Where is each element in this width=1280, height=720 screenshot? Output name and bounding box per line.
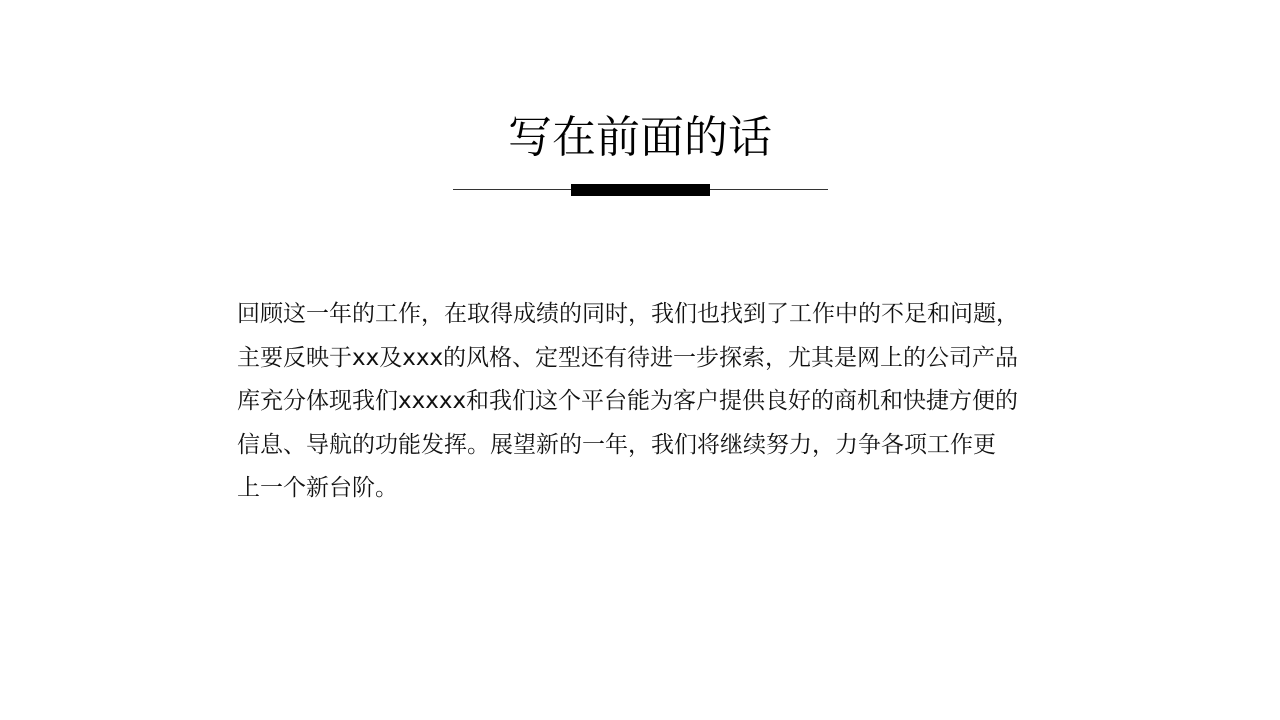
paragraph-line: 主要反映于xx及xxx的风格、定型还有待进一步探索，尤其是网上的公司产品 xyxy=(237,337,1077,381)
title-divider-bar xyxy=(571,184,710,196)
paragraph-line: 信息、导航的功能发挥。展望新的一年，我们将继续努力，力争各项工作更 xyxy=(237,424,1077,468)
intro-paragraph: 回顾这一年的工作，在取得成绩的同时，我们也找到了工作中的不足和问题， 主要反映于… xyxy=(237,293,1077,511)
paragraph-line: 上一个新台阶。 xyxy=(237,467,1077,511)
paragraph-line: 回顾这一年的工作，在取得成绩的同时，我们也找到了工作中的不足和问题， xyxy=(237,293,1077,337)
slide-title: 写在前面的话 xyxy=(0,108,1280,168)
paragraph-line: 库充分体现我们xxxxx和我们这个平台能为客户提供良好的商机和快捷方便的 xyxy=(237,380,1077,424)
